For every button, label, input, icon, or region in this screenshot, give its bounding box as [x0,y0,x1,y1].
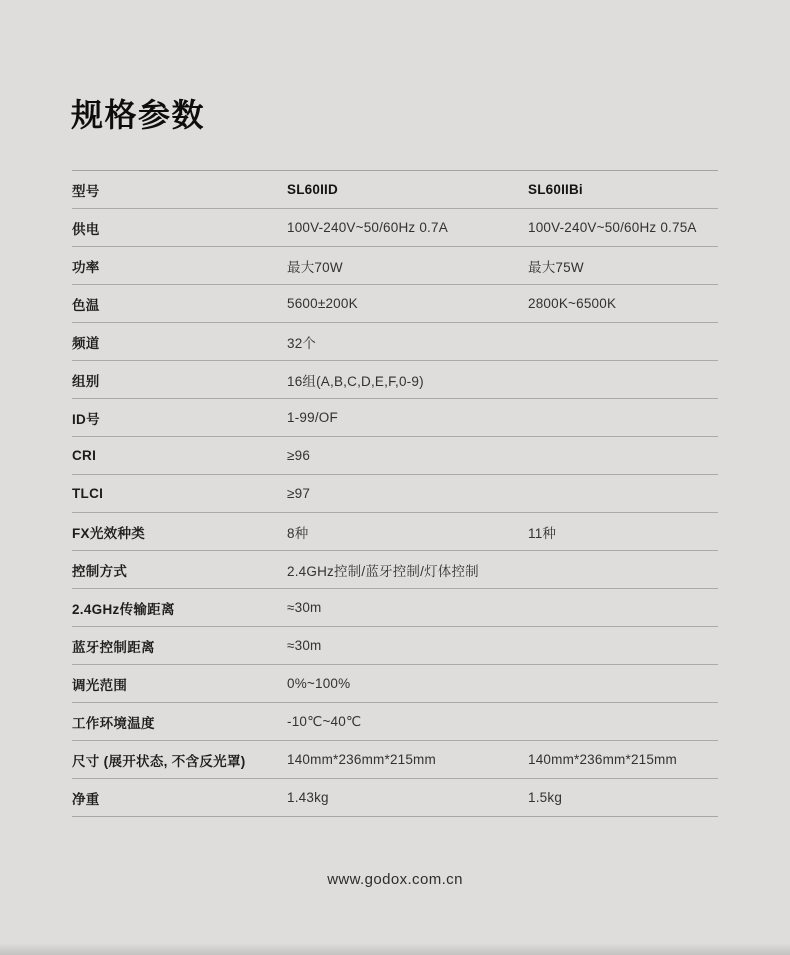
spec-row: 供电 100V-240V~50/60Hz 0.7A 100V-240V~50/6… [72,208,718,246]
spec-row: 控制方式 2.4GHz控制/蓝牙控制/灯体控制 [72,550,718,588]
spec-label: 蓝牙控制距离 [72,636,287,656]
spec-row: 型号 SL60IID SL60IIBi [72,170,718,208]
spec-label: 调光范围 [72,674,287,694]
spec-row: 功率 最大70W 最大75W [72,246,718,284]
spec-row: 净重 1.43kg 1.5kg [72,778,718,816]
spec-value-sl60iid: 1.43kg [287,790,528,805]
spec-row: 2.4GHz传输距离 ≈30m [72,588,718,626]
spec-value-sl60iid: ≥96 [287,448,528,463]
spec-row: 工作环境温度 -10℃~40℃ [72,702,718,740]
spec-label: 2.4GHz传输距离 [72,598,287,618]
spec-value-sl60iid: 2.4GHz控制/蓝牙控制/灯体控制 [287,560,528,580]
spec-value-sl60iid: 8种 [287,522,528,542]
spec-table: 型号 SL60IID SL60IIBi 供电 100V-240V~50/60Hz… [72,170,718,817]
spec-label: 组别 [72,370,287,390]
spec-label: ID号 [72,408,287,428]
spec-label: 尺寸 (展开状态, 不含反光罩) [72,750,287,770]
spec-value-sl60iid: 5600±200K [287,296,528,311]
spec-value-sl60iid: ≈30m [287,600,528,615]
spec-page: 规格参数 型号 SL60IID SL60IIBi 供电 100V-240V~50… [0,0,790,955]
spec-value-sl60iibi: 最大75W [528,256,718,276]
spec-label: 工作环境温度 [72,712,287,732]
spec-value-sl60iibi: 1.5kg [528,790,718,805]
spec-value-sl60iid: ≥97 [287,486,528,501]
spec-value-sl60iibi: 11种 [528,522,718,542]
spec-row: 调光范围 0%~100% [72,664,718,702]
spec-label: 频道 [72,332,287,352]
spec-label: 净重 [72,788,287,808]
spec-row: ID号 1-99/OF [72,398,718,436]
spec-value-sl60iibi: 2800K~6500K [528,296,718,311]
spec-value-sl60iibi: 100V-240V~50/60Hz 0.75A [528,220,718,235]
spec-value-sl60iid: 140mm*236mm*215mm [287,752,528,767]
spec-label: TLCI [72,486,287,501]
footer-url: www.godox.com.cn [0,871,790,888]
spec-value-sl60iid: 0%~100% [287,676,528,691]
spec-row: FX光效种类 8种 11种 [72,512,718,550]
bottom-shade [0,943,790,955]
spec-value-sl60iid: 100V-240V~50/60Hz 0.7A [287,220,528,235]
spec-label: 型号 [72,180,287,200]
spec-row: 尺寸 (展开状态, 不含反光罩) 140mm*236mm*215mm 140mm… [72,740,718,778]
spec-value-sl60iid: 最大70W [287,256,528,276]
spec-label: 供电 [72,218,287,238]
spec-row: CRI ≥96 [72,436,718,474]
spec-value-sl60iid: -10℃~40℃ [287,714,528,730]
spec-label: CRI [72,448,287,463]
spec-label: FX光效种类 [72,522,287,542]
spec-row: 频道 32个 [72,322,718,360]
spec-label: 控制方式 [72,560,287,580]
spec-label: 功率 [72,256,287,276]
spec-row: 组别 16组(A,B,C,D,E,F,0-9) [72,360,718,398]
spec-value-sl60iibi: 140mm*236mm*215mm [528,752,718,767]
spec-value-sl60iibi: SL60IIBi [528,182,718,197]
spec-value-sl60iid: SL60IID [287,182,528,197]
spec-value-sl60iid: ≈30m [287,638,528,653]
page-title: 规格参数 [71,95,205,135]
spec-row: TLCI ≥97 [72,474,718,512]
spec-value-sl60iid: 16组(A,B,C,D,E,F,0-9) [287,370,528,390]
spec-row: 蓝牙控制距离 ≈30m [72,626,718,664]
spec-row: 色温 5600±200K 2800K~6500K [72,284,718,322]
spec-value-sl60iid: 32个 [287,332,528,352]
spec-label: 色温 [72,294,287,314]
spec-value-sl60iid: 1-99/OF [287,410,528,425]
